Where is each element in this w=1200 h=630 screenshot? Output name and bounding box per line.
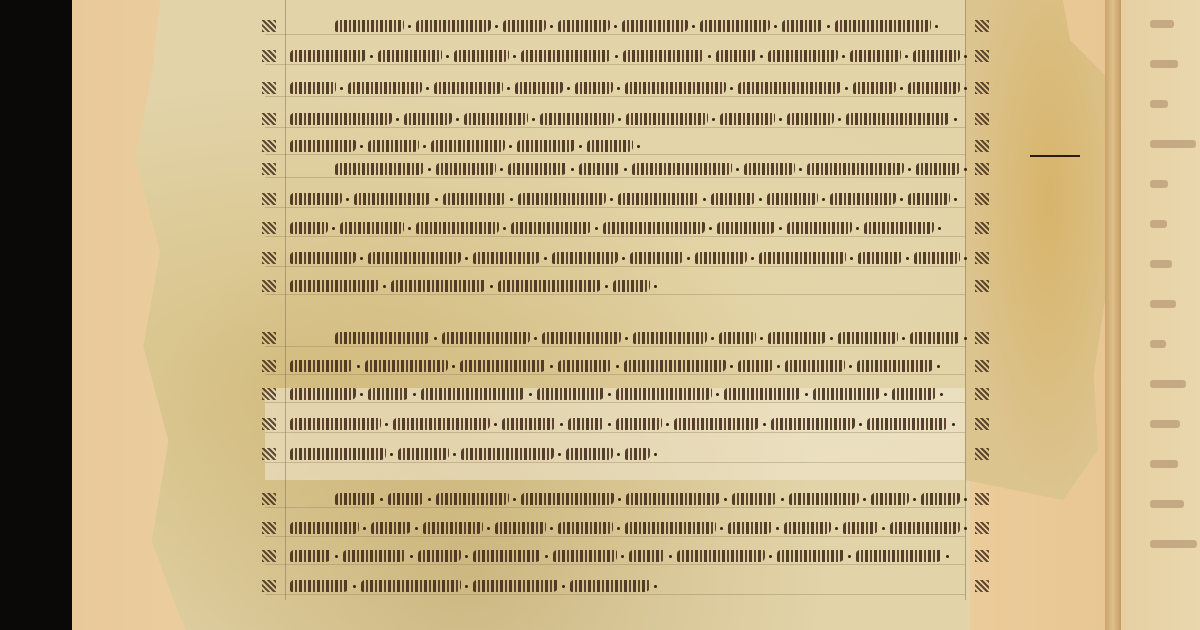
script-word [461, 448, 554, 460]
script-word [398, 448, 449, 460]
script-word [908, 82, 960, 94]
word-separator-dot [908, 168, 911, 171]
word-separator-dot [856, 227, 859, 230]
script-word [431, 140, 504, 152]
script-word [388, 493, 424, 505]
word-separator-dot [435, 198, 438, 201]
word-separator-dot [370, 55, 373, 58]
word-separator-dot [380, 498, 383, 501]
word-separator-dot [946, 555, 949, 558]
script-word [910, 332, 960, 344]
script-line [0, 493, 1200, 507]
ruling-line [265, 564, 965, 565]
script-word [782, 20, 822, 32]
word-separator-dot [610, 198, 613, 201]
script-word [521, 493, 614, 505]
faded-script [1150, 180, 1168, 188]
word-separator-dot [654, 585, 657, 588]
ruling-line [265, 294, 965, 295]
script-word [508, 163, 568, 175]
script-line [0, 388, 1200, 402]
word-separator-dot [513, 498, 516, 501]
word-separator-dot [423, 145, 426, 148]
left-margin-letter [262, 580, 276, 592]
word-separator-dot [842, 55, 845, 58]
faded-script [1150, 220, 1167, 228]
script-word [393, 418, 491, 430]
word-separator-dot [513, 55, 516, 58]
script-word [423, 522, 483, 534]
ruling-line [265, 207, 965, 208]
faded-script [1150, 500, 1184, 508]
script-word [290, 113, 392, 125]
word-separator-dot [500, 168, 503, 171]
script-word [553, 550, 617, 562]
script-word [846, 113, 950, 125]
faded-script [1150, 540, 1197, 548]
ruling-line [265, 236, 965, 237]
right-margin-letter [975, 332, 989, 344]
right-margin-letter [975, 388, 989, 400]
ruling-line [265, 462, 965, 463]
script-word [498, 280, 601, 292]
script-word [340, 222, 404, 234]
word-separator-dot [730, 365, 733, 368]
script-word [777, 550, 844, 562]
parchment-crack [1030, 155, 1080, 157]
left-margin-letter [262, 280, 276, 292]
word-separator-dot [776, 527, 779, 530]
script-word [856, 550, 943, 562]
right-margin-letter [975, 50, 989, 62]
script-word [632, 163, 732, 175]
word-separator-dot [779, 227, 782, 230]
script-word [908, 193, 949, 205]
right-margin-letter [975, 20, 989, 32]
script-word [368, 140, 419, 152]
word-separator-dot [954, 118, 957, 121]
word-separator-dot [759, 198, 762, 201]
word-separator-dot [509, 145, 512, 148]
word-separator-dot [390, 453, 393, 456]
word-separator-dot [830, 337, 833, 340]
script-word [618, 193, 699, 205]
left-margin-letter [262, 332, 276, 344]
script-word [864, 222, 934, 234]
word-separator-dot [617, 87, 620, 90]
word-separator-dot [605, 285, 608, 288]
word-separator-dot [465, 555, 468, 558]
script-word [368, 252, 462, 264]
word-separator-dot [544, 257, 547, 260]
word-separator-dot [363, 527, 366, 530]
script-word [348, 82, 422, 94]
script-word [503, 20, 546, 32]
script-word [616, 388, 712, 400]
word-separator-dot [937, 365, 940, 368]
ruling-line [265, 127, 965, 128]
script-word [914, 252, 960, 264]
word-separator-dot [848, 555, 851, 558]
word-separator-dot [769, 555, 772, 558]
script-word [738, 82, 841, 94]
script-line [0, 82, 1200, 96]
word-separator-dot [822, 198, 825, 201]
word-separator-dot [827, 25, 830, 28]
script-word [674, 418, 758, 430]
script-word [537, 388, 604, 400]
word-separator-dot [859, 423, 862, 426]
word-separator-dot [608, 393, 611, 396]
word-separator-dot [571, 168, 574, 171]
word-separator-dot [453, 453, 456, 456]
script-word [290, 50, 366, 62]
script-line [0, 20, 1200, 34]
word-separator-dot [850, 257, 853, 260]
word-separator-dot [550, 365, 553, 368]
word-separator-dot [906, 257, 909, 260]
script-word [711, 193, 756, 205]
script-line [0, 252, 1200, 266]
word-separator-dot [799, 168, 802, 171]
word-separator-dot [545, 555, 548, 558]
script-word [502, 418, 556, 430]
script-word [290, 522, 359, 534]
word-separator-dot [751, 257, 754, 260]
word-separator-dot [720, 527, 723, 530]
script-word [830, 193, 897, 205]
right-margin-letter [975, 280, 989, 292]
word-separator-dot [413, 393, 416, 396]
word-separator-dot [838, 118, 841, 121]
word-separator-dot [654, 285, 657, 288]
script-word [843, 522, 878, 534]
word-separator-dot [625, 337, 628, 340]
ruling-line [265, 432, 965, 433]
ruling-line [265, 154, 965, 155]
right-margin-letter [975, 252, 989, 264]
word-separator-dot [529, 393, 532, 396]
word-separator-dot [900, 198, 903, 201]
left-margin-letter [262, 493, 276, 505]
word-separator-dot [964, 527, 967, 530]
word-separator-dot [357, 365, 360, 368]
ruling-line [265, 536, 965, 537]
word-separator-dot [805, 393, 808, 396]
script-word [566, 448, 613, 460]
script-word [365, 360, 448, 372]
script-word [724, 388, 800, 400]
script-word [290, 140, 356, 152]
script-word [570, 580, 650, 592]
script-word [858, 252, 902, 264]
left-margin-letter [262, 360, 276, 372]
word-separator-dot [332, 227, 335, 230]
script-word [575, 82, 614, 94]
script-word [717, 222, 775, 234]
word-separator-dot [687, 257, 690, 260]
word-separator-dot [346, 198, 349, 201]
script-word [677, 550, 765, 562]
script-word [552, 252, 618, 264]
word-separator-dot [711, 337, 714, 340]
faded-script [1150, 300, 1176, 308]
script-word [587, 140, 633, 152]
word-separator-dot [595, 227, 598, 230]
word-separator-dot [579, 145, 582, 148]
word-separator-dot [567, 87, 570, 90]
ruling-line [265, 594, 965, 595]
script-word [335, 20, 404, 32]
word-separator-dot [383, 285, 386, 288]
word-separator-dot [618, 498, 621, 501]
script-word [720, 113, 775, 125]
script-word [579, 163, 620, 175]
word-separator-dot [940, 393, 943, 396]
word-separator-dot [763, 423, 766, 426]
left-margin-letter [262, 20, 276, 32]
word-separator-dot [428, 168, 431, 171]
word-separator-dot [905, 55, 908, 58]
word-separator-dot [360, 257, 363, 260]
script-word [558, 360, 612, 372]
script-word [787, 113, 834, 125]
word-separator-dot [456, 118, 459, 121]
script-word [495, 522, 546, 534]
script-word [404, 113, 452, 125]
word-separator-dot [495, 25, 498, 28]
word-separator-dot [622, 257, 625, 260]
word-separator-dot [736, 168, 739, 171]
ruling-line [265, 266, 965, 267]
script-word [625, 522, 715, 534]
script-word [371, 522, 410, 534]
script-line [0, 522, 1200, 536]
script-word [767, 193, 818, 205]
script-word [785, 360, 845, 372]
word-separator-dot [779, 118, 782, 121]
script-word [368, 388, 409, 400]
script-word [335, 493, 376, 505]
script-word [473, 550, 541, 562]
word-separator-dot [615, 55, 618, 58]
word-separator-dot [534, 337, 537, 340]
script-word [744, 163, 796, 175]
word-separator-dot [712, 118, 715, 121]
word-separator-dot [964, 87, 967, 90]
script-line [0, 163, 1200, 177]
script-word [436, 163, 496, 175]
script-line [0, 222, 1200, 236]
script-word [768, 50, 838, 62]
script-word [787, 222, 853, 234]
script-word [633, 332, 707, 344]
script-word [290, 448, 386, 460]
ruling-line [265, 346, 965, 347]
script-line [0, 113, 1200, 127]
script-word [622, 20, 688, 32]
script-word [613, 280, 650, 292]
word-separator-dot [408, 227, 411, 230]
script-word [835, 20, 932, 32]
right-margin-letter [975, 193, 989, 205]
word-separator-dot [490, 285, 493, 288]
faded-script [1150, 100, 1168, 108]
word-separator-dot [503, 227, 506, 230]
ruling-line [265, 34, 965, 35]
script-word [857, 360, 933, 372]
word-separator-dot [560, 423, 563, 426]
ruling-line [265, 64, 965, 65]
script-word [290, 252, 356, 264]
script-word [568, 418, 605, 430]
word-separator-dot [724, 498, 727, 501]
word-separator-dot [902, 337, 905, 340]
script-word [624, 360, 726, 372]
word-separator-dot [624, 168, 627, 171]
script-word [515, 82, 562, 94]
script-word [768, 332, 826, 344]
word-separator-dot [550, 527, 553, 530]
script-word [290, 418, 381, 430]
ruling-line [265, 507, 965, 508]
script-word [511, 222, 591, 234]
script-word [290, 280, 379, 292]
word-separator-dot [426, 87, 429, 90]
left-margin-letter [262, 140, 276, 152]
script-word [616, 418, 662, 430]
script-word [700, 20, 770, 32]
word-separator-dot [616, 365, 619, 368]
script-word [434, 82, 503, 94]
word-separator-dot [360, 393, 363, 396]
word-separator-dot [618, 118, 621, 121]
script-word [850, 50, 901, 62]
right-margin-letter [975, 222, 989, 234]
faded-script [1150, 340, 1166, 348]
script-word [361, 580, 461, 592]
word-separator-dot [487, 527, 490, 530]
left-margin-letter [262, 252, 276, 264]
right-margin-letter [975, 82, 989, 94]
script-line [0, 448, 1200, 462]
script-line [0, 580, 1200, 594]
word-separator-dot [716, 393, 719, 396]
word-separator-dot [964, 337, 967, 340]
script-word [871, 493, 910, 505]
faded-script [1150, 380, 1186, 388]
script-word [738, 360, 773, 372]
script-word [916, 163, 960, 175]
word-separator-dot [774, 25, 777, 28]
word-separator-dot [465, 257, 468, 260]
script-word [695, 252, 747, 264]
word-separator-dot [340, 87, 343, 90]
script-word [290, 388, 356, 400]
faded-script [1150, 140, 1196, 148]
script-word [813, 388, 881, 400]
word-separator-dot [954, 198, 957, 201]
word-separator-dot [654, 453, 657, 456]
right-margin-letter [975, 163, 989, 175]
word-separator-dot [465, 585, 468, 588]
faded-script [1150, 20, 1174, 28]
script-word [890, 522, 960, 534]
script-word [759, 252, 846, 264]
left-margin-letter [262, 193, 276, 205]
word-separator-dot [434, 337, 437, 340]
word-separator-dot [428, 498, 431, 501]
word-separator-dot [415, 527, 418, 530]
right-margin-letter [975, 113, 989, 125]
script-word [838, 332, 898, 344]
script-word [913, 50, 960, 62]
word-separator-dot [964, 168, 967, 171]
script-word [716, 50, 756, 62]
script-word [391, 280, 486, 292]
ruling-line [265, 374, 965, 375]
left-margin-letter [262, 388, 276, 400]
script-word [558, 522, 614, 534]
word-separator-dot [730, 87, 733, 90]
script-line [0, 140, 1200, 154]
right-margin-letter [975, 418, 989, 430]
script-word [867, 418, 948, 430]
script-line [0, 280, 1200, 294]
word-separator-dot [964, 498, 967, 501]
script-word [629, 550, 665, 562]
word-separator-dot [385, 423, 388, 426]
script-word [540, 113, 614, 125]
word-separator-dot [863, 498, 866, 501]
faded-script [1150, 420, 1180, 428]
word-separator-dot [562, 585, 565, 588]
script-word [460, 360, 547, 372]
script-word [421, 388, 525, 400]
script-word [416, 20, 490, 32]
word-separator-dot [614, 25, 617, 28]
word-separator-dot [669, 555, 672, 558]
left-margin-letter [262, 550, 276, 562]
ruling-line [265, 96, 965, 97]
script-word [290, 550, 331, 562]
word-separator-dot [964, 55, 967, 58]
script-word [719, 332, 756, 344]
word-separator-dot [558, 453, 561, 456]
word-separator-dot [835, 527, 838, 530]
word-separator-dot [900, 87, 903, 90]
word-separator-dot [550, 25, 553, 28]
script-word [436, 493, 509, 505]
word-separator-dot [408, 25, 411, 28]
script-word [625, 82, 726, 94]
script-word [623, 50, 704, 62]
script-line [0, 50, 1200, 64]
word-separator-dot [666, 423, 669, 426]
word-separator-dot [617, 453, 620, 456]
word-separator-dot [396, 118, 399, 121]
script-line [0, 550, 1200, 564]
left-margin-letter [262, 222, 276, 234]
script-word [290, 82, 336, 94]
script-word [518, 193, 606, 205]
script-word [771, 418, 855, 430]
script-word [335, 163, 424, 175]
right-margin-letter [975, 448, 989, 460]
script-word [921, 493, 960, 505]
left-margin-letter [262, 448, 276, 460]
word-separator-dot [760, 55, 763, 58]
